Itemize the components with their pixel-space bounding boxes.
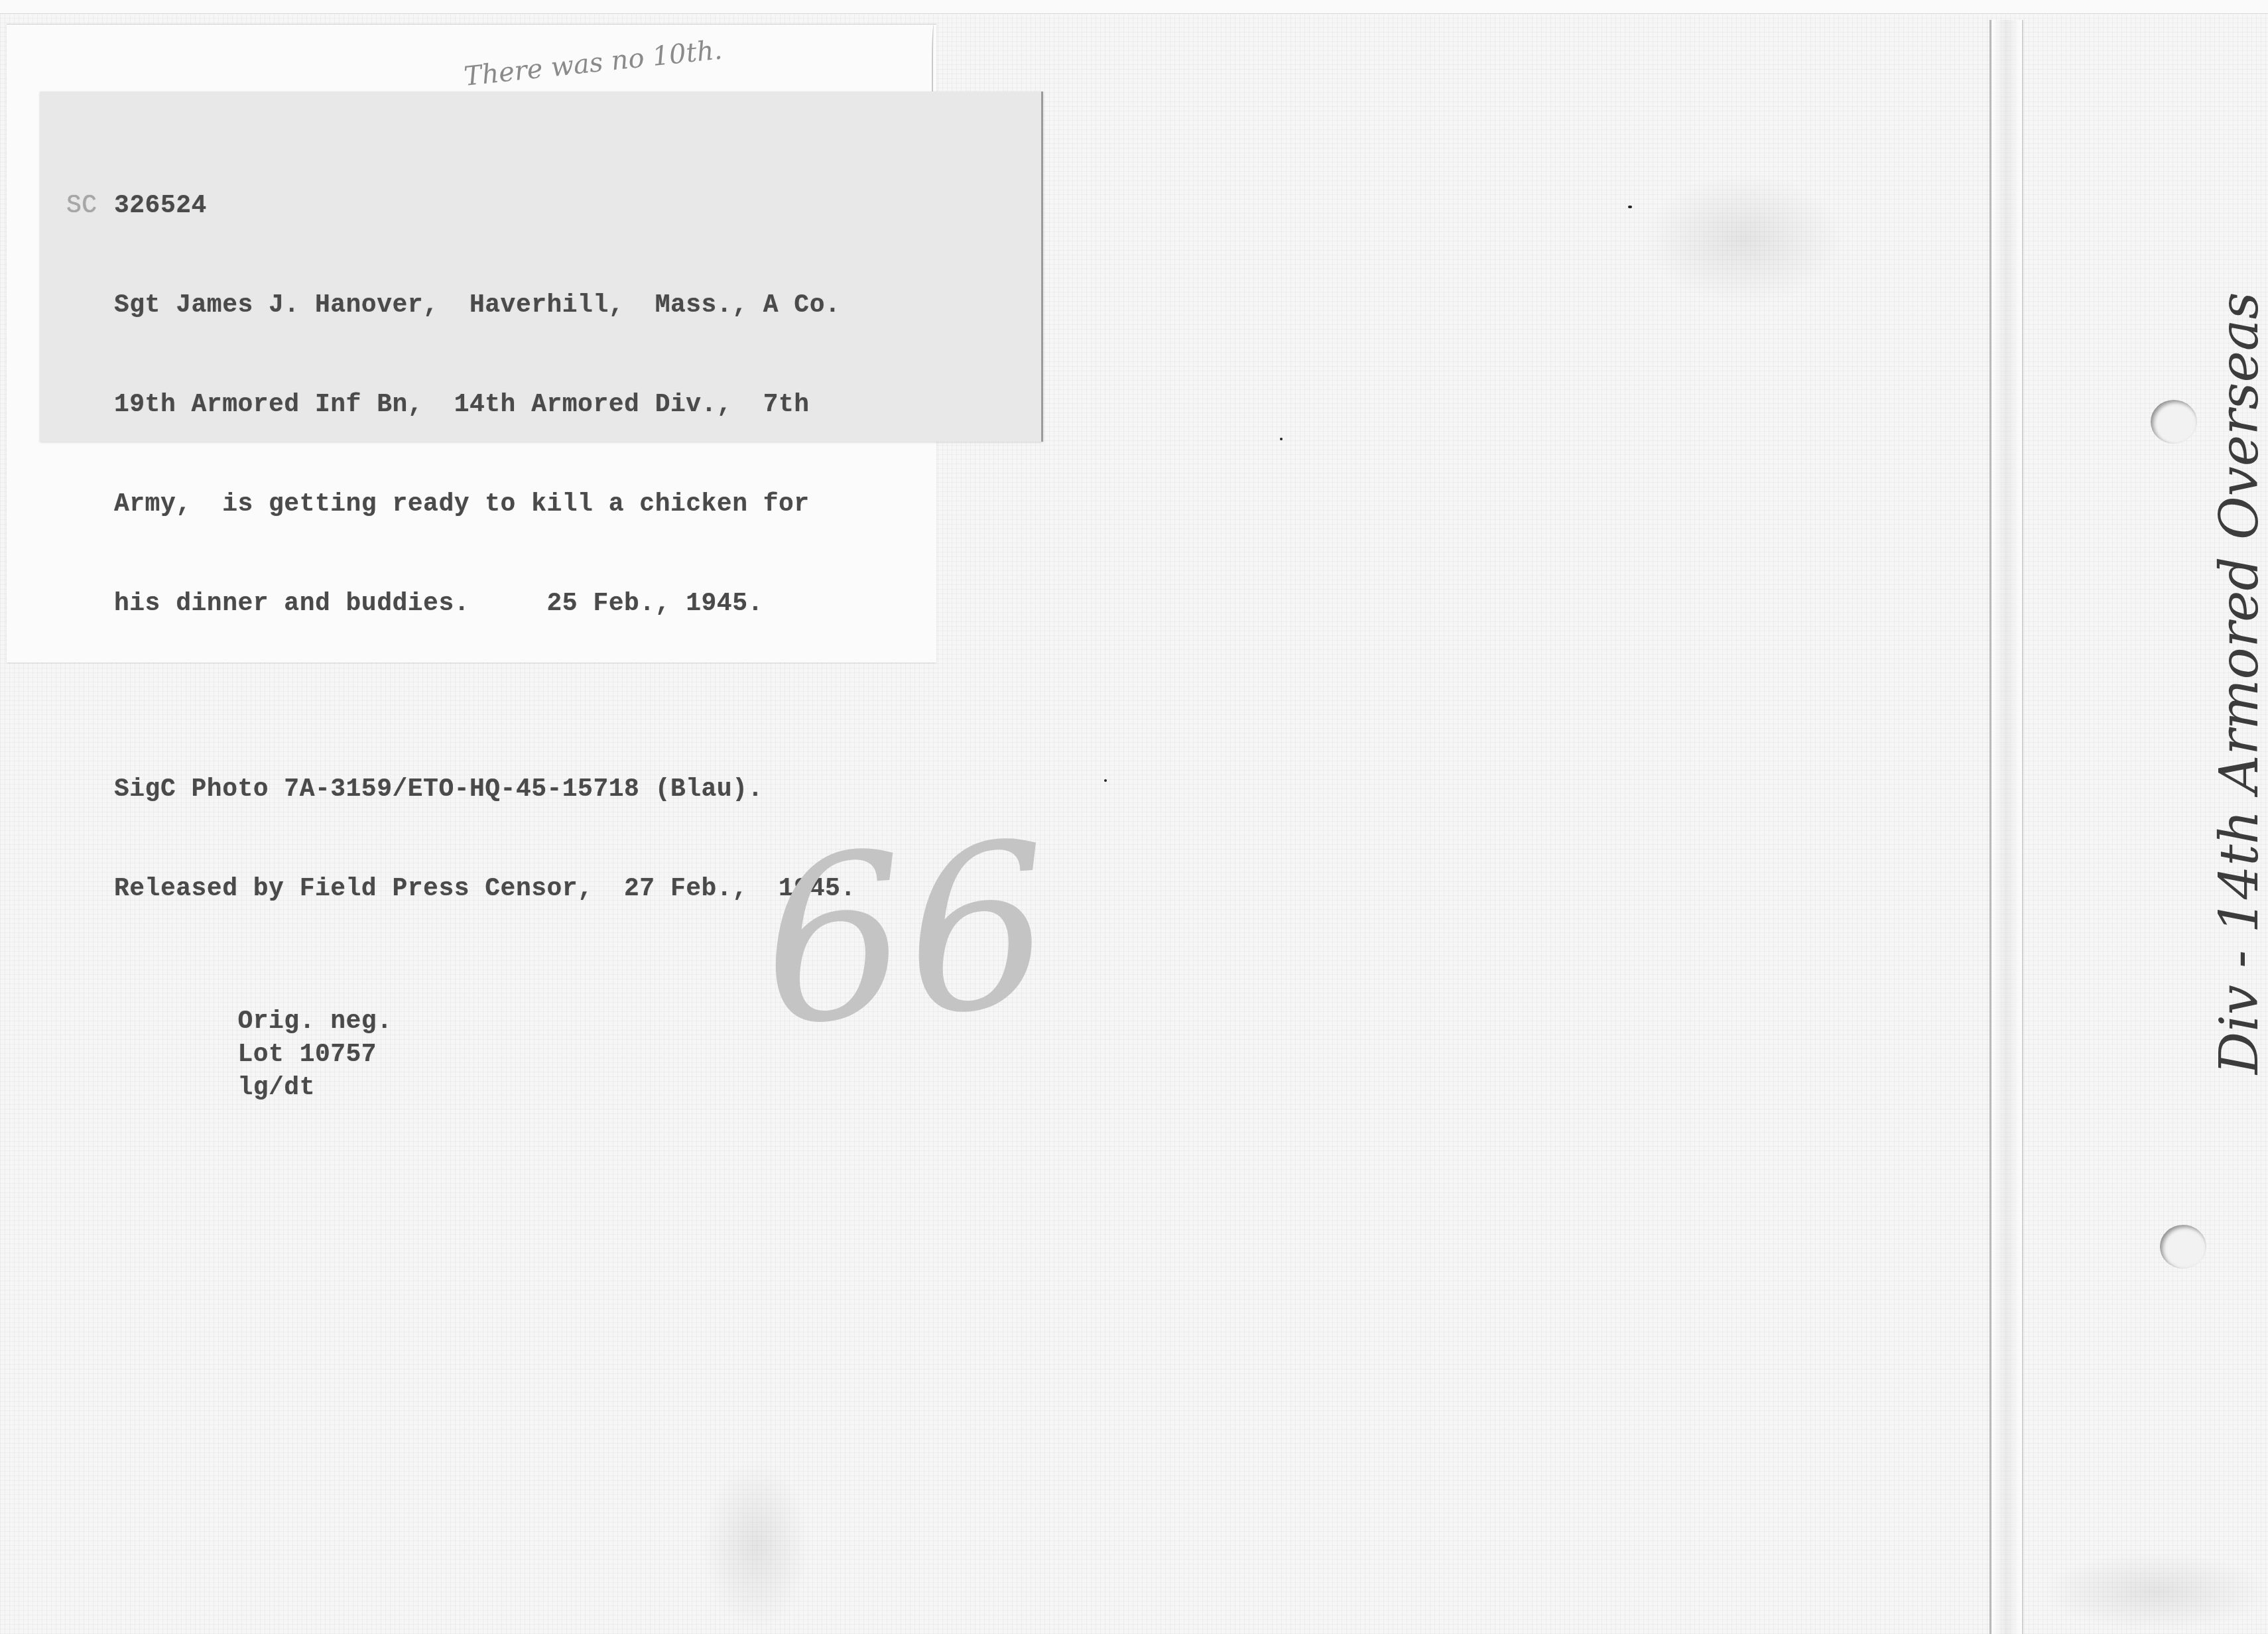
top-edge (0, 0, 2268, 14)
caption-slip: SC326524 Sgt James J. Hanover, Haverhill… (40, 92, 1043, 442)
binding-crease (1989, 20, 2023, 1634)
caption-line: Sgt James J. Hanover, Haverhill, Mass., … (114, 289, 856, 322)
initials: lg/dt (237, 1072, 315, 1105)
ink-speck (1280, 438, 1283, 440)
handwritten-top-note: There was no 10th. (463, 34, 724, 92)
pencil-page-number: 66 (755, 812, 1057, 1057)
caption-id-line: SC326524 (114, 190, 856, 223)
ink-speck (1628, 206, 1632, 208)
smudge (1645, 172, 1844, 305)
punch-hole-icon (2160, 1225, 2206, 1269)
release-line: Released by Field Press Censor, 27 Feb.,… (114, 873, 856, 906)
caption-line: 19th Armored Inf Bn, 14th Armored Div., … (114, 389, 856, 422)
caption-text: SC326524 Sgt James J. Hanover, Haverhill… (114, 123, 856, 1072)
smudge (703, 1459, 809, 1631)
sc-prefix: SC (66, 190, 97, 223)
ink-speck (1104, 779, 1107, 782)
caption-line: Army, is getting ready to kill a chicken… (114, 488, 856, 521)
smudge (2043, 1552, 2268, 1631)
photo-reference: SigC Photo 7A-3159/ETO-HQ-45-15718 (Blau… (114, 773, 856, 806)
handwritten-margin-note: Div - 14th Armored Overseas (2208, 292, 2268, 1075)
caption-line: his dinner and buddies. 25 Feb., 1945. (114, 588, 856, 621)
punch-hole-icon (2151, 400, 2197, 444)
lot-number: Lot 10757 (237, 1038, 542, 1072)
sc-number: 326524 (114, 192, 207, 220)
caption-footer: Orig. neg. Lot 10757 lg/dt (114, 972, 856, 1005)
orig-neg: Orig. neg. (237, 1005, 596, 1038)
linen-mount: ok There was no 10th. SC326524 Sgt James… (0, 0, 2268, 1634)
